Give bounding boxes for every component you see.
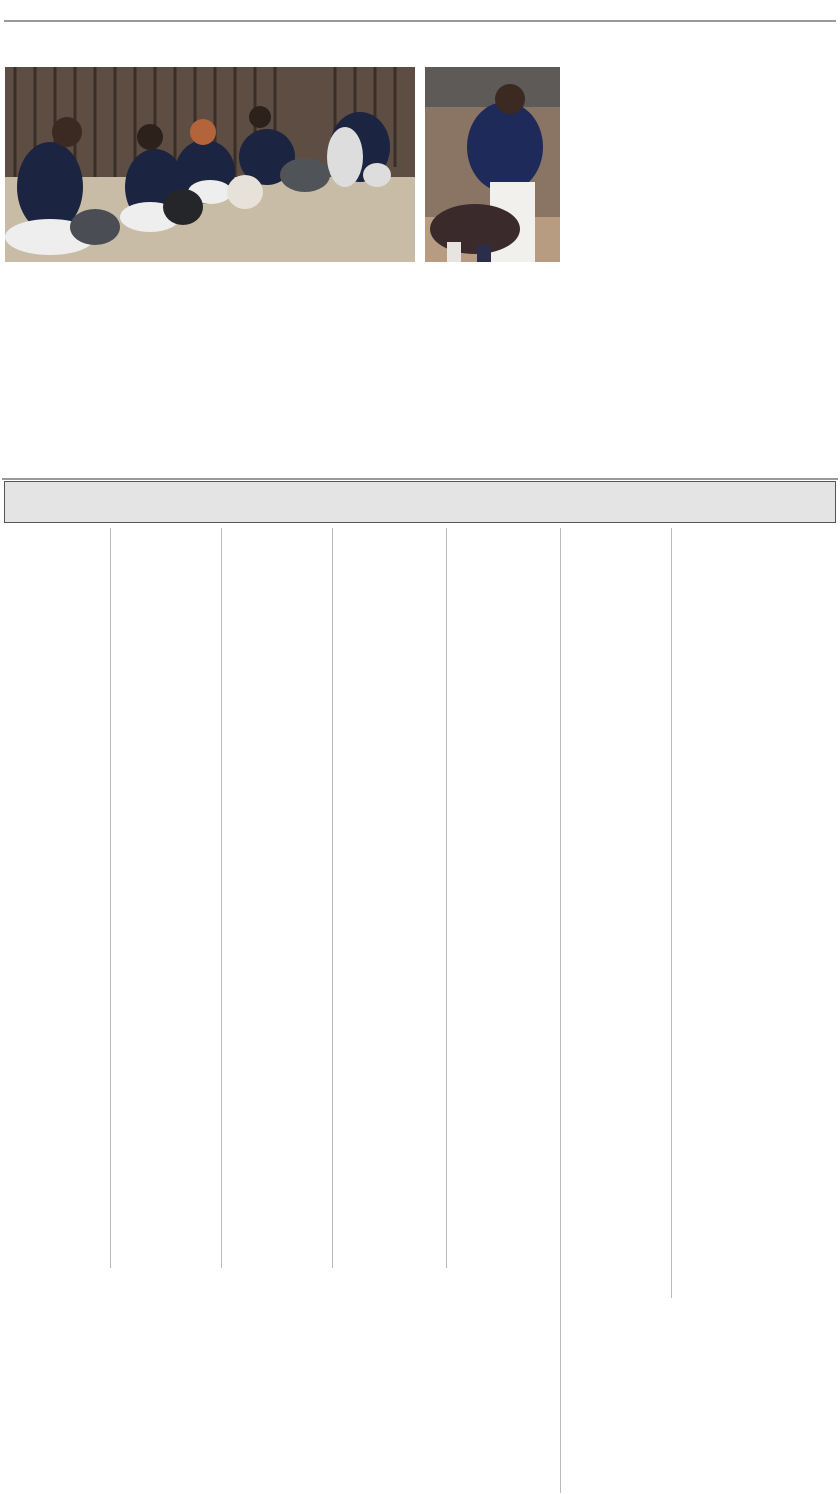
column-divider [446,528,447,1268]
column-divider [221,528,222,1268]
trustee-sale-col-6 [563,528,668,1298]
section-divider [2,478,838,480]
fbn-notices-column [4,528,108,1268]
column-divider [110,528,111,1268]
masthead [4,2,836,22]
goat-show-photo [5,67,415,262]
photo-hog-project-icon [425,67,560,262]
trustee-sale-col-4 [335,528,443,1268]
trustee-sale-col-5 [449,528,557,1268]
photo-goat-show-icon [5,67,415,262]
trustee-sale-col-2 [113,528,218,1268]
public-notices-header [4,481,836,523]
column-divider [560,528,561,1493]
trustee-sale-col-3 [224,528,329,1268]
column-divider [671,528,672,1298]
column-divider [332,528,333,1268]
spacer [674,528,714,538]
hog-project-photo [425,67,560,262]
